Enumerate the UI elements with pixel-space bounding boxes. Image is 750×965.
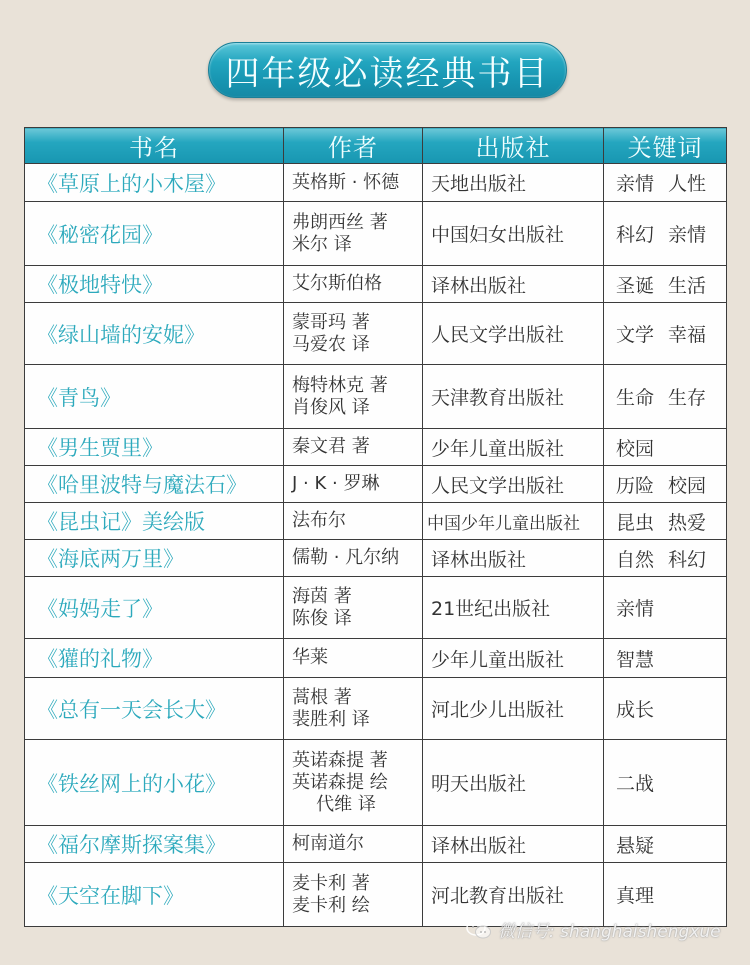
- author-line: 麦卡利 著: [292, 873, 422, 895]
- table-row: 《总有一天会长大》蒿根 著裴胜利 译河北少儿出版社成长: [25, 678, 727, 740]
- author-cell: 艾尔斯伯格: [284, 266, 423, 303]
- publisher-cell: 译林出版社: [423, 826, 604, 863]
- publisher-cell: 少年儿童出版社: [423, 639, 604, 678]
- author-line: 海茵 著: [292, 586, 422, 608]
- author-cell: 弗朗西丝 著米尔 译: [284, 202, 423, 266]
- author-cell: 海茵 著陈俊 译: [284, 577, 423, 639]
- author-cell: 蒿根 著裴胜利 译: [284, 678, 423, 740]
- author-line: 米尔 译: [292, 234, 422, 256]
- publisher-cell: 人民文学出版社: [423, 466, 604, 503]
- table-row: 《獾的礼物》华莱少年儿童出版社智慧: [25, 639, 727, 678]
- book-title-cell: 《草原上的小木屋》: [25, 164, 284, 202]
- book-title-cell: 《青鸟》: [25, 365, 284, 429]
- column-header-author: 作者: [284, 128, 423, 164]
- table-row: 《福尔摩斯探案集》柯南道尔译林出版社悬疑: [25, 826, 727, 863]
- publisher-cell: 少年儿童出版社: [423, 429, 604, 466]
- publisher-cell: 天地出版社: [423, 164, 604, 202]
- author-line: 法布尔: [292, 510, 422, 532]
- publisher-cell: 中国妇女出版社: [423, 202, 604, 266]
- author-line: 艾尔斯伯格: [292, 273, 422, 295]
- table-row: 《海底两万里》儒勒 · 凡尔纳译林出版社自然 科幻: [25, 540, 727, 577]
- book-title-cell: 《铁丝网上的小花》: [25, 740, 284, 826]
- table-row: 《秘密花园》弗朗西丝 著米尔 译中国妇女出版社科幻 亲情: [25, 202, 727, 266]
- keywords-cell: 成长: [604, 678, 727, 740]
- keywords-cell: 二战: [604, 740, 727, 826]
- table-row: 《青鸟》梅特林克 著肖俊风 译天津教育出版社生命 生存: [25, 365, 727, 429]
- keywords-cell: 智慧: [604, 639, 727, 678]
- book-title-cell: 《总有一天会长大》: [25, 678, 284, 740]
- table-row: 《绿山墙的安妮》蒙哥玛 著马爱农 译人民文学出版社文学 幸福: [25, 303, 727, 365]
- keywords-cell: 科幻 亲情: [604, 202, 727, 266]
- author-line: 柯南道尔: [292, 833, 422, 855]
- author-cell: 梅特林克 著肖俊风 译: [284, 365, 423, 429]
- table-row: 《草原上的小木屋》英格斯 · 怀德天地出版社亲情 人性: [25, 164, 727, 202]
- author-line: 蒿根 著: [292, 687, 422, 709]
- table-row: 《昆虫记》美绘版法布尔中国少年儿童出版社昆虫 热爱: [25, 503, 727, 540]
- column-header-keywords: 关键词: [604, 128, 727, 164]
- book-title-cell: 《天空在脚下》: [25, 863, 284, 927]
- author-cell: 法布尔: [284, 503, 423, 540]
- author-line: 肖俊风 译: [292, 397, 422, 419]
- table-row: 《妈妈走了》海茵 著陈俊 译21世纪出版社亲情: [25, 577, 727, 639]
- keywords-cell: 校园: [604, 429, 727, 466]
- publisher-cell: 天津教育出版社: [423, 365, 604, 429]
- header-row: 书名 作者 出版社 关键词: [25, 128, 727, 164]
- keywords-cell: 文学 幸福: [604, 303, 727, 365]
- author-cell: 英诺森提 著英诺森提 绘代维 译: [284, 740, 423, 826]
- column-header-book: 书名: [25, 128, 284, 164]
- book-title-cell: 《绿山墙的安妮》: [25, 303, 284, 365]
- keywords-cell: 悬疑: [604, 826, 727, 863]
- author-line: 陈俊 译: [292, 608, 422, 630]
- author-cell: 华莱: [284, 639, 423, 678]
- keywords-cell: 圣诞 生活: [604, 266, 727, 303]
- book-list-table-container: 书名 作者 出版社 关键词 《草原上的小木屋》英格斯 · 怀德天地出版社亲情 人…: [24, 127, 726, 927]
- author-line: 英诺森提 绘: [292, 772, 422, 794]
- author-line: 英格斯 · 怀德: [292, 172, 422, 194]
- author-cell: 柯南道尔: [284, 826, 423, 863]
- author-line: 裴胜利 译: [292, 709, 422, 731]
- author-line: 华莱: [292, 647, 422, 669]
- keywords-cell: 历险 校园: [604, 466, 727, 503]
- author-line: 英诺森提 著: [292, 750, 422, 772]
- keywords-cell: 生命 生存: [604, 365, 727, 429]
- author-line: J · K · 罗琳: [292, 473, 422, 495]
- table-row: 《男生贾里》秦文君 著少年儿童出版社校园: [25, 429, 727, 466]
- publisher-cell: 河北少儿出版社: [423, 678, 604, 740]
- table-row: 《铁丝网上的小花》英诺森提 著英诺森提 绘代维 译明天出版社二战: [25, 740, 727, 826]
- author-line: 马爱农 译: [292, 334, 422, 356]
- book-title-cell: 《妈妈走了》: [25, 577, 284, 639]
- book-title-cell: 《男生贾里》: [25, 429, 284, 466]
- book-title-cell: 《福尔摩斯探案集》: [25, 826, 284, 863]
- book-title-cell: 《昆虫记》美绘版: [25, 503, 284, 540]
- keywords-cell: 昆虫 热爱: [604, 503, 727, 540]
- publisher-cell: 21世纪出版社: [423, 577, 604, 639]
- table-body: 《草原上的小木屋》英格斯 · 怀德天地出版社亲情 人性《秘密花园》弗朗西丝 著米…: [25, 164, 727, 927]
- table-row: 《极地特快》艾尔斯伯格译林出版社圣诞 生活: [25, 266, 727, 303]
- author-line: 秦文君 著: [292, 436, 422, 458]
- book-title-cell: 《哈里波特与魔法石》: [25, 466, 284, 503]
- book-title-cell: 《獾的礼物》: [25, 639, 284, 678]
- watermark-text: 微信号: shanghaishengxue: [498, 917, 721, 942]
- author-cell: 麦卡利 著麦卡利 绘: [284, 863, 423, 927]
- book-title-cell: 《极地特快》: [25, 266, 284, 303]
- author-line: 代维 译: [292, 794, 422, 816]
- book-title-cell: 《海底两万里》: [25, 540, 284, 577]
- column-header-publisher: 出版社: [423, 128, 604, 164]
- author-cell: J · K · 罗琳: [284, 466, 423, 503]
- watermark: 微信号: shanghaishengxue: [466, 917, 721, 942]
- publisher-cell: 人民文学出版社: [423, 303, 604, 365]
- author-line: 儒勒 · 凡尔纳: [292, 547, 422, 569]
- author-line: 弗朗西丝 著: [292, 212, 422, 234]
- keywords-cell: 自然 科幻: [604, 540, 727, 577]
- publisher-cell: 明天出版社: [423, 740, 604, 826]
- wechat-icon: [466, 920, 492, 940]
- publisher-cell: 译林出版社: [423, 540, 604, 577]
- author-line: 梅特林克 著: [292, 375, 422, 397]
- publisher-cell: 译林出版社: [423, 266, 604, 303]
- table-header: 书名 作者 出版社 关键词: [25, 128, 727, 164]
- author-cell: 蒙哥玛 著马爱农 译: [284, 303, 423, 365]
- publisher-cell: 中国少年儿童出版社: [423, 503, 604, 540]
- author-cell: 秦文君 著: [284, 429, 423, 466]
- book-title-cell: 《秘密花园》: [25, 202, 284, 266]
- author-cell: 英格斯 · 怀德: [284, 164, 423, 202]
- table-row: 《哈里波特与魔法石》J · K · 罗琳人民文学出版社历险 校园: [25, 466, 727, 503]
- book-list-table: 书名 作者 出版社 关键词 《草原上的小木屋》英格斯 · 怀德天地出版社亲情 人…: [24, 127, 727, 927]
- page-title: 四年级必读经典书目: [226, 46, 550, 95]
- keywords-cell: 亲情: [604, 577, 727, 639]
- author-line: 麦卡利 绘: [292, 895, 422, 917]
- keywords-cell: 亲情 人性: [604, 164, 727, 202]
- author-line: 蒙哥玛 著: [292, 312, 422, 334]
- author-cell: 儒勒 · 凡尔纳: [284, 540, 423, 577]
- title-banner: 四年级必读经典书目: [208, 42, 567, 98]
